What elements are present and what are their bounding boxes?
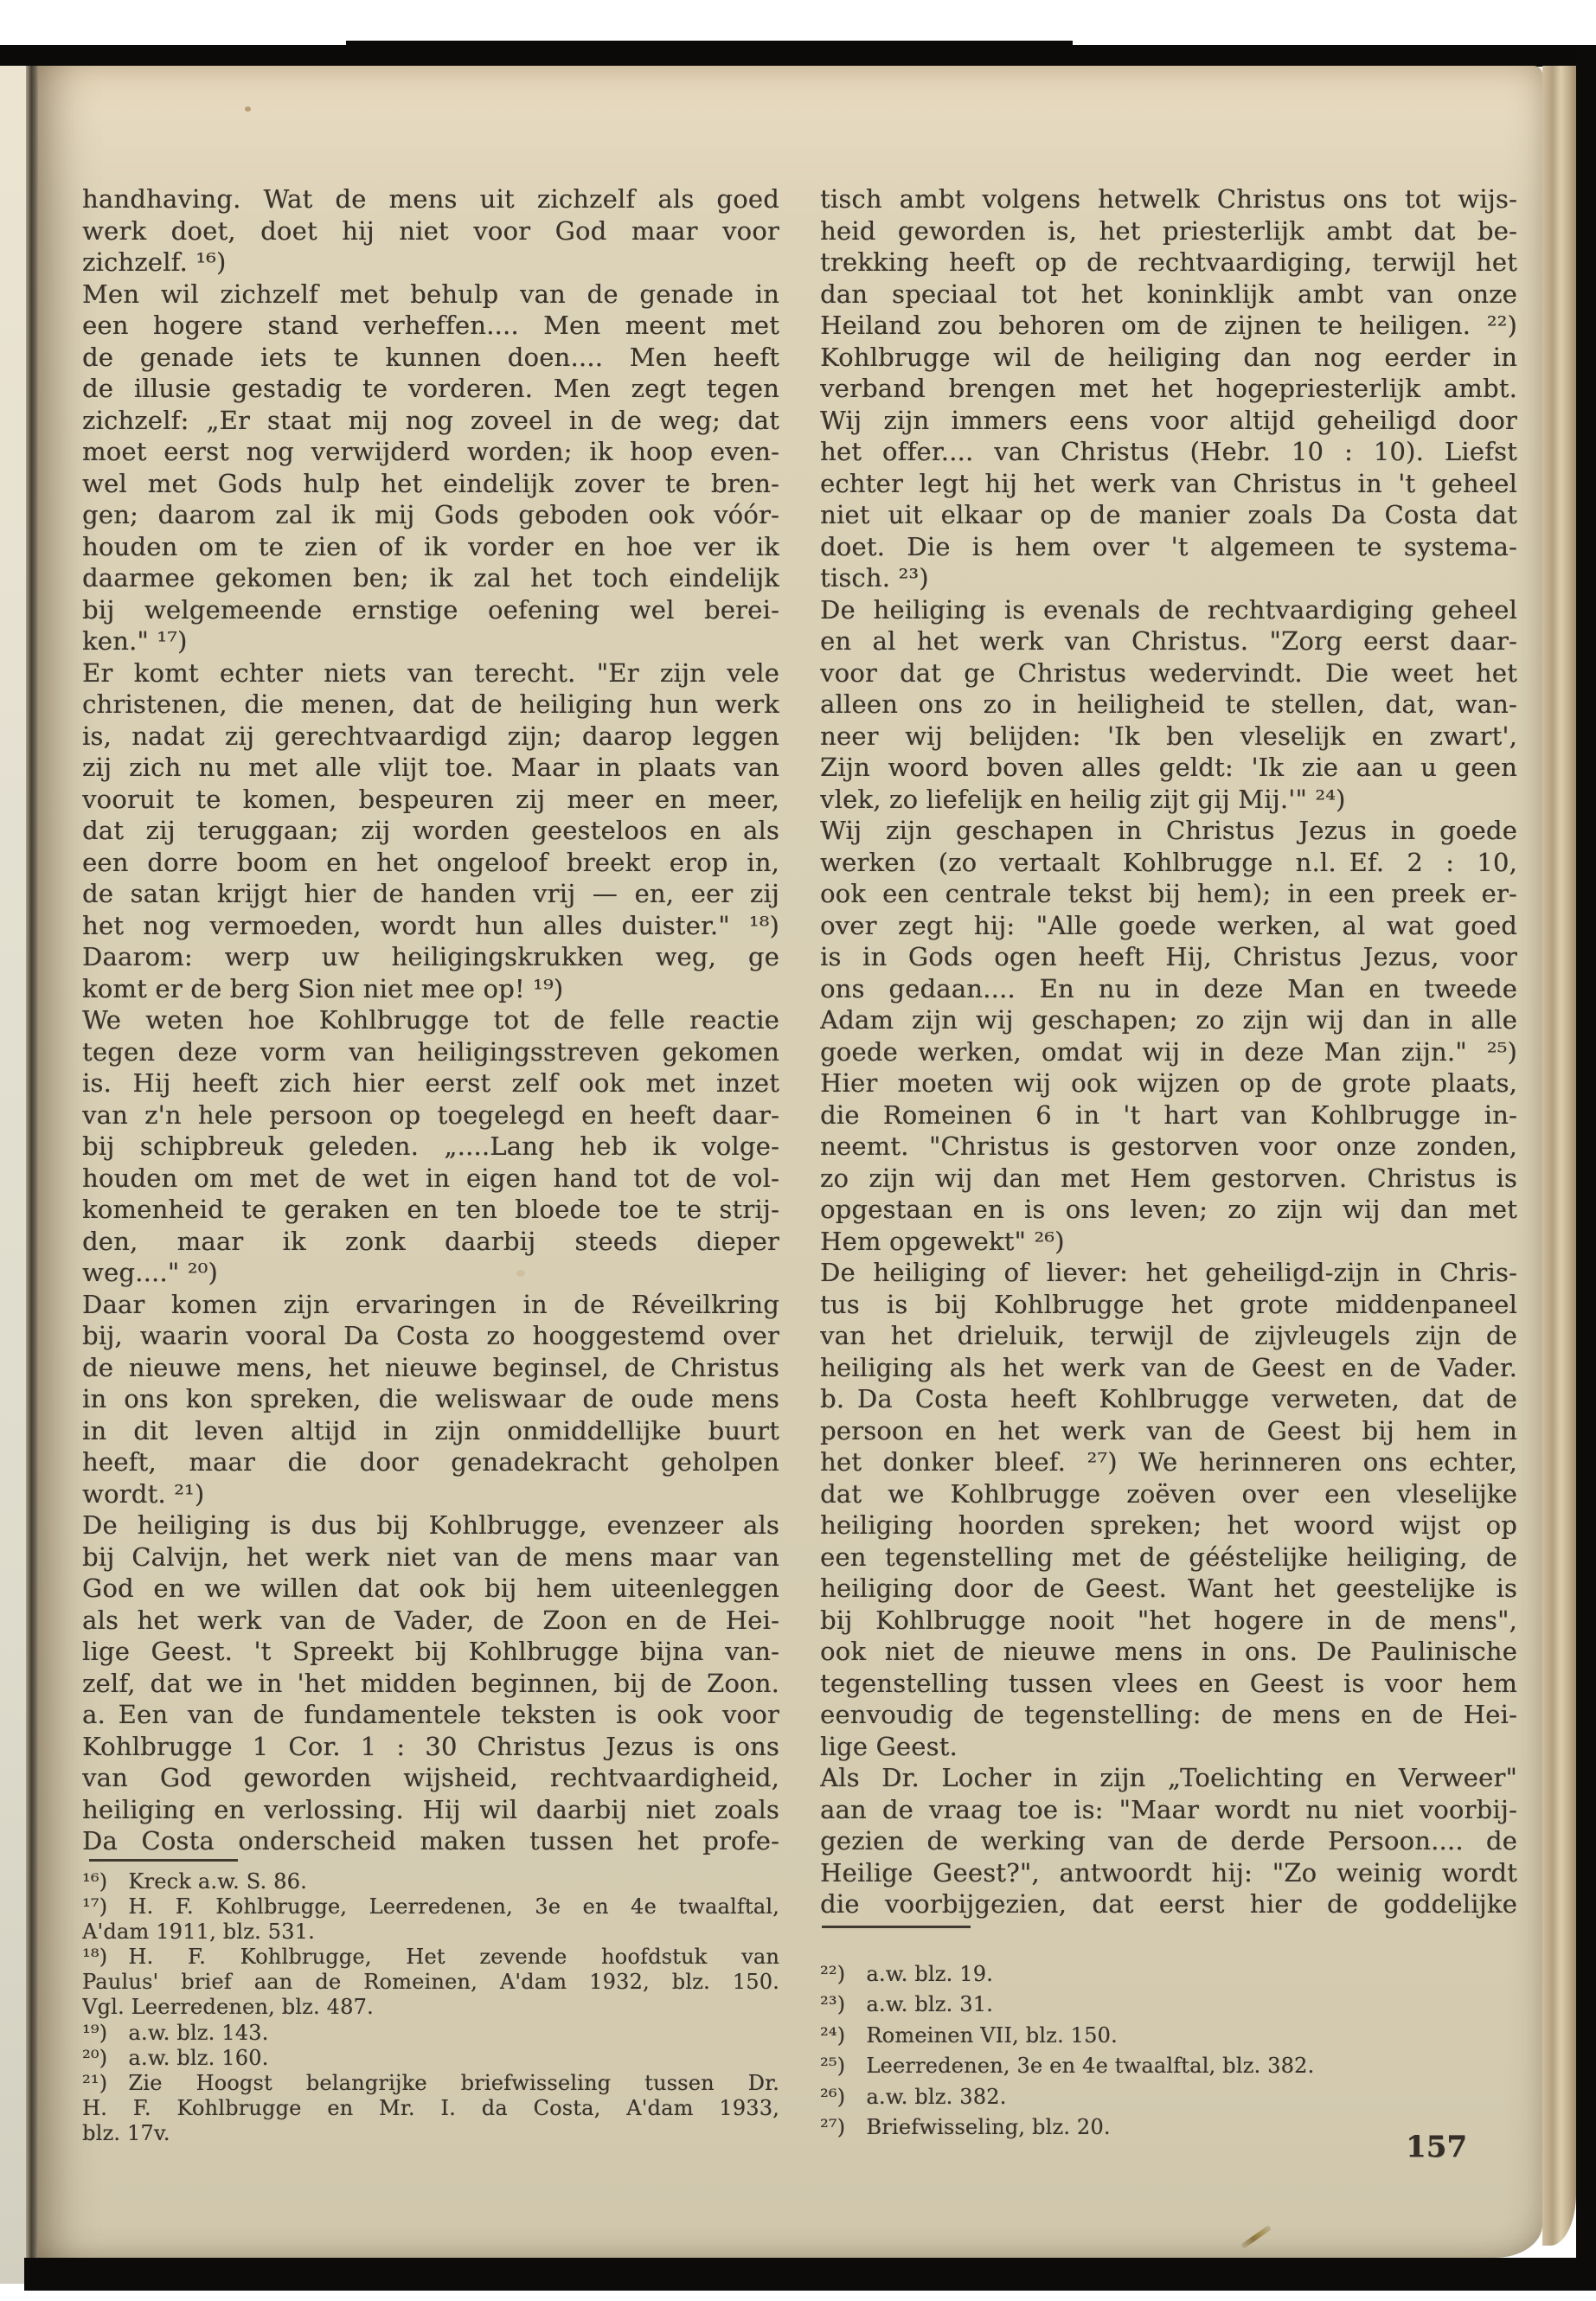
text-line: de genade iets te kunnen doen.... Men he…: [82, 342, 779, 374]
text-line: zij zich nu met alle vlijt toe. Maar in …: [82, 752, 779, 784]
text-line: tisch. ²³): [820, 562, 1517, 594]
text-line: Adam zijn wij geschapen; zo zijn wij dan…: [820, 1004, 1517, 1036]
text-line: voor dat ge Christus wedervindt. Die wee…: [820, 657, 1517, 689]
text-line: opgestaan en is ons leven; zo zijn wij d…: [820, 1194, 1517, 1226]
text-line: het offer.... van Christus (Hebr. 10 : 1…: [820, 436, 1517, 468]
text-line: van z'n hele persoon op toegelegd en hee…: [82, 1099, 779, 1131]
text-line: ²⁰) a.w. blz. 160.: [82, 2046, 779, 2071]
text-line: komt er de berg Sion niet mee op! ¹⁹): [82, 973, 779, 1005]
text-line: lige Geest. 't Spreekt bij Kohlbrugge bi…: [82, 1636, 779, 1668]
text-line: tegen deze vorm van heiligingsstreven ge…: [82, 1036, 779, 1068]
text-line: weg...." ²⁰): [82, 1257, 779, 1289]
text-line: tus is bij Kohlbrugge het grote middenpa…: [820, 1289, 1517, 1321]
text-line: De heiliging is dus bij Kohlbrugge, even…: [82, 1509, 779, 1541]
text-line: Kohlbrugge wil de heiliging dan nog eerd…: [820, 342, 1517, 374]
text-line: De heiliging of liever: het geheiligd-zi…: [820, 1257, 1517, 1289]
text-line: heiliging en verlossing. Hij wil daarbij…: [82, 1794, 779, 1826]
text-line: komenheid te geraken en ten bloede toe t…: [82, 1194, 779, 1226]
paper-speck: [245, 106, 251, 112]
text-line: en al het werk van Christus. "Zorg eerst…: [820, 625, 1517, 657]
text-line: a. Een van de fundamentele teksten is oo…: [82, 1699, 779, 1731]
text-line: Hem opgewekt" ²⁶): [820, 1226, 1517, 1258]
paper-speck: [941, 642, 945, 646]
text-line: ¹⁷) H. F. Kohlbrugge, Leerredenen, 3e en…: [82, 1894, 779, 1920]
text-line: aan de vraag toe is: "Maar wordt nu niet…: [820, 1794, 1517, 1826]
text-line: Wij zijn immers eens voor altijd geheili…: [820, 405, 1517, 437]
text-line: handhaving. Wat de mens uit zichzelf als…: [82, 183, 779, 215]
text-line: persoon en het werk van de Geest bij hem…: [820, 1415, 1517, 1447]
text-line: gen; daarom zal ik mij Gods geboden ook …: [82, 499, 779, 531]
text-line: houden om te zien of ik vorder en hoe ve…: [82, 531, 779, 563]
text-line: ons gedaan.... En nu in deze Man en twee…: [820, 973, 1517, 1005]
text-line: ²²) a.w. blz. 19.: [820, 1959, 1517, 1990]
text-line: trekking heeft op de rechtvaardiging, te…: [820, 247, 1517, 279]
text-line: echter legt hij het werk van Christus in…: [820, 468, 1517, 500]
text-line: ook een centrale tekst bij hem); in een …: [820, 878, 1517, 910]
text-line: heiliging door de Geest. Want het geeste…: [820, 1573, 1517, 1605]
text-line: ¹⁶) Kreck a.w. S. 86.: [82, 1869, 779, 1894]
text-line: zo zijn wij dan met Hem gestorven. Chris…: [820, 1163, 1517, 1195]
text-line: ¹⁸) H. F. Kohlbrugge, Het zevende hoofds…: [82, 1945, 779, 1970]
text-line: Heilige Geest?", antwoordt hij: "Zo wein…: [820, 1857, 1517, 1889]
text-line: ken." ¹⁷): [82, 625, 779, 657]
text-line: heid geworden is, het priesterlijk ambt …: [820, 215, 1517, 247]
text-line: een hogere stand verheffen.... Men meent…: [82, 310, 779, 342]
text-line: vlek, zo liefelijk en heilig zijt gij Mi…: [820, 784, 1517, 816]
text-line: de satan krijgt hier de handen vrij — en…: [82, 878, 779, 910]
text-line: in ons kon spreken, die weliswaar de oud…: [82, 1383, 779, 1415]
text-line: tisch ambt volgens hetwelk Christus ons …: [820, 183, 1517, 215]
scanned-book-photo: handhaving. Wat de mens uit zichzelf als…: [0, 0, 1596, 2301]
text-line: het nog vermoeden, wordt hun alles duist…: [82, 910, 779, 942]
book-cover-right-edge: [1576, 45, 1596, 2291]
text-line: Hier moeten wij ook wijzen op de grote p…: [820, 1067, 1517, 1099]
text-line: is. Hij heeft zich hier eerst zelf ook m…: [82, 1067, 779, 1099]
text-line: God en we willen dat ook bij hem uiteenl…: [82, 1573, 779, 1605]
text-line: in dit leven altijd in zijn onmiddellijk…: [82, 1415, 779, 1447]
book-cover-top-edge: [0, 45, 1596, 67]
text-line: zelf, dat we in 'het midden beginnen, bi…: [82, 1668, 779, 1700]
text-line: bij welgemeende ernstige oefening wel be…: [82, 594, 779, 626]
paper-speck: [516, 1270, 525, 1277]
right-text-column: tisch ambt volgens hetwelk Christus ons …: [820, 183, 1517, 2144]
text-line: daarmee gekomen ben; ik zal het toch ein…: [82, 562, 779, 594]
text-line: verband brengen met het hogepriesterlijk…: [820, 373, 1517, 405]
text-line: bij Kohlbrugge nooit "het hogere in de m…: [820, 1605, 1517, 1637]
text-line: lige Geest.: [820, 1731, 1517, 1763]
text-line: tegenstelling tussen vlees en Geest is v…: [820, 1668, 1517, 1700]
left-text-column: handhaving. Wat de mens uit zichzelf als…: [82, 183, 779, 2147]
text-line: neer wij belijden: 'Ik ben vleselijk en …: [820, 721, 1517, 753]
footnote-rule: [822, 1926, 971, 1928]
text-line: dat we Kohlbrugge zoëven over een vlesel…: [820, 1478, 1517, 1510]
text-line: als het werk van de Vader, de Zoon en de…: [82, 1605, 779, 1637]
left-column-footnotes: ¹⁶) Kreck a.w. S. 86.¹⁷) H. F. Kohlbrugg…: [82, 1869, 779, 2147]
text-line: H. F. Kohlbrugge en Mr. I. da Costa, A'd…: [82, 2096, 779, 2121]
text-line: ²⁵) Leerredenen, 3e en 4e twaalftal, blz…: [820, 2051, 1517, 2082]
text-line: zichzelf: „Er staat mij nog zoveel in de…: [82, 405, 779, 437]
text-line: heiliging hoorden spreken; het woord wij…: [820, 1509, 1517, 1541]
text-line: ²¹) Zie Hoogst belangrijke briefwisselin…: [82, 2071, 779, 2096]
book-gutter-shadow: [26, 66, 38, 2268]
text-line: b. Da Costa heeft Kohlbrugge verweten, d…: [820, 1383, 1517, 1415]
text-line: eenvoudig de tegenstelling: de mens en d…: [820, 1699, 1517, 1731]
text-line: een dorre boom en het ongeloof breekt er…: [82, 847, 779, 879]
text-line: Kohlbrugge 1 Cor. 1 : 30 Christus Jezus …: [82, 1731, 779, 1763]
text-line: Daar komen zijn ervaringen in de Réveilk…: [82, 1289, 779, 1321]
text-line: over zegt hij: "Alle goede werken, al wa…: [820, 910, 1517, 942]
text-line: van God geworden wijsheid, rechtvaardigh…: [82, 1762, 779, 1794]
text-line: niet uit elkaar op de manier zoals Da Co…: [820, 499, 1517, 531]
page-edges-right: [1542, 66, 1576, 2246]
book-cover-top-edge-step: [346, 41, 1073, 48]
text-line: gezien de werking van de derde Persoon..…: [820, 1825, 1517, 1857]
text-line: is, nadat zij gerechtvaardigd zijn; daar…: [82, 721, 779, 753]
text-line: dan speciaal tot het koninklijk ambt van…: [820, 279, 1517, 311]
text-line: ²⁶) a.w. blz. 382.: [820, 2082, 1517, 2113]
text-line: het donker bleef. ²⁷) We herinneren ons …: [820, 1446, 1517, 1478]
text-line: bij Calvijn, het werk niet van de mens m…: [82, 1541, 779, 1574]
text-line: vooruit te komen, bespeuren zij meer en …: [82, 784, 779, 816]
text-line: wordt. ²¹): [82, 1478, 779, 1510]
text-line: Zijn woord boven alles geldt: 'Ik zie aa…: [820, 752, 1517, 784]
text-line: moet eerst nog verwijderd worden; ik hoo…: [82, 436, 779, 468]
text-line: Vgl. Leerredenen, blz. 487.: [82, 1995, 779, 2020]
text-line: houden om met de wet in eigen hand tot d…: [82, 1163, 779, 1195]
text-line: de illusie gestadig te vorderen. Men zeg…: [82, 373, 779, 405]
text-line: doet. Die is hem over 't algemeen te sys…: [820, 531, 1517, 563]
text-line: zichzelf. ¹⁶): [82, 247, 779, 279]
text-line: dat zij teruggaan; zij worden geesteloos…: [82, 815, 779, 847]
text-line: is in Gods ogen heeft Hij, Christus Jezu…: [820, 941, 1517, 973]
text-line: de nieuwe mens, het nieuwe beginsel, de …: [82, 1352, 779, 1384]
text-line: We weten hoe Kohlbrugge tot de felle rea…: [82, 1004, 779, 1036]
footnote-rule: [89, 1859, 238, 1862]
text-line: alleen ons zo in heiligheid te stellen, …: [820, 689, 1517, 721]
left-column-body-text: handhaving. Wat de mens uit zichzelf als…: [82, 183, 779, 1857]
text-line: werk doet, doet hij niet voor God maar v…: [82, 215, 779, 247]
text-line: den, maar ik zonk daarbij steeds dieper: [82, 1226, 779, 1258]
text-line: heeft, maar die door genadekracht geholp…: [82, 1446, 779, 1478]
text-line: van het drieluik, terwijl de zijvleugels…: [820, 1320, 1517, 1352]
text-line: heiliging als het werk van de Geest en d…: [820, 1352, 1517, 1384]
text-line: ook niet de nieuwe mens in ons. De Pauli…: [820, 1636, 1517, 1668]
text-line: een tegenstelling met de gééstelijke hei…: [820, 1541, 1517, 1574]
text-line: De heiliging is evenals de rechtvaardigi…: [820, 594, 1517, 626]
text-line: Wij zijn geschapen in Christus Jezus in …: [820, 815, 1517, 847]
text-line: Er komt echter niets van terecht. "Er zi…: [82, 657, 779, 689]
book-cover-bottom-edge: [24, 2258, 1596, 2291]
text-line: A'dam 1911, blz. 531.: [82, 1920, 779, 1945]
right-column-footnotes: ²²) a.w. blz. 19.²³) a.w. blz. 31.²⁴) Ro…: [820, 1959, 1517, 2144]
text-line: Heiland zou behoren om de zijnen te heil…: [820, 310, 1517, 342]
text-line: wel met Gods hulp het eindelijk zover te…: [82, 468, 779, 500]
text-line: christenen, die menen, dat de heiliging …: [82, 689, 779, 721]
text-line: blz. 17v.: [82, 2121, 779, 2146]
right-column-body-text: tisch ambt volgens hetwelk Christus ons …: [820, 183, 1517, 1920]
text-line: Als Dr. Locher in zijn „Toelichting en V…: [820, 1762, 1517, 1794]
page-number: 157: [820, 2130, 1517, 2164]
text-line: Da Costa onderscheid maken tussen het pr…: [82, 1825, 779, 1857]
text-line: Daarom: werp uw heiligingskrukken weg, g…: [82, 941, 779, 973]
text-line: Men wil zichzelf met behulp van de genad…: [82, 279, 779, 311]
text-line: ¹⁹) a.w. blz. 143.: [82, 2021, 779, 2046]
text-line: die Romeinen 6 in 't hart van Kohlbrugge…: [820, 1099, 1517, 1131]
text-line: neemt. "Christus is gestorven voor onze …: [820, 1131, 1517, 1163]
text-line: ²³) a.w. blz. 31.: [820, 1990, 1517, 2021]
text-line: die voorbijgezien, dat eerst hier de god…: [820, 1888, 1517, 1920]
facing-page-edge: [0, 66, 26, 2284]
text-line: bij schipbreuk geleden. „....Lang heb ik…: [82, 1131, 779, 1163]
text-line: bij, waarin vooral Da Costa zo hooggeste…: [82, 1320, 779, 1352]
text-line: werken (zo vertaalt Kohlbrugge n.l. Ef. …: [820, 847, 1517, 879]
text-line: Paulus' brief aan de Romeinen, A'dam 193…: [82, 1970, 779, 1995]
text-line: ²⁴) Romeinen VII, blz. 150.: [820, 2021, 1517, 2052]
text-line: goede werken, omdat wij in deze Man zijn…: [820, 1036, 1517, 1068]
